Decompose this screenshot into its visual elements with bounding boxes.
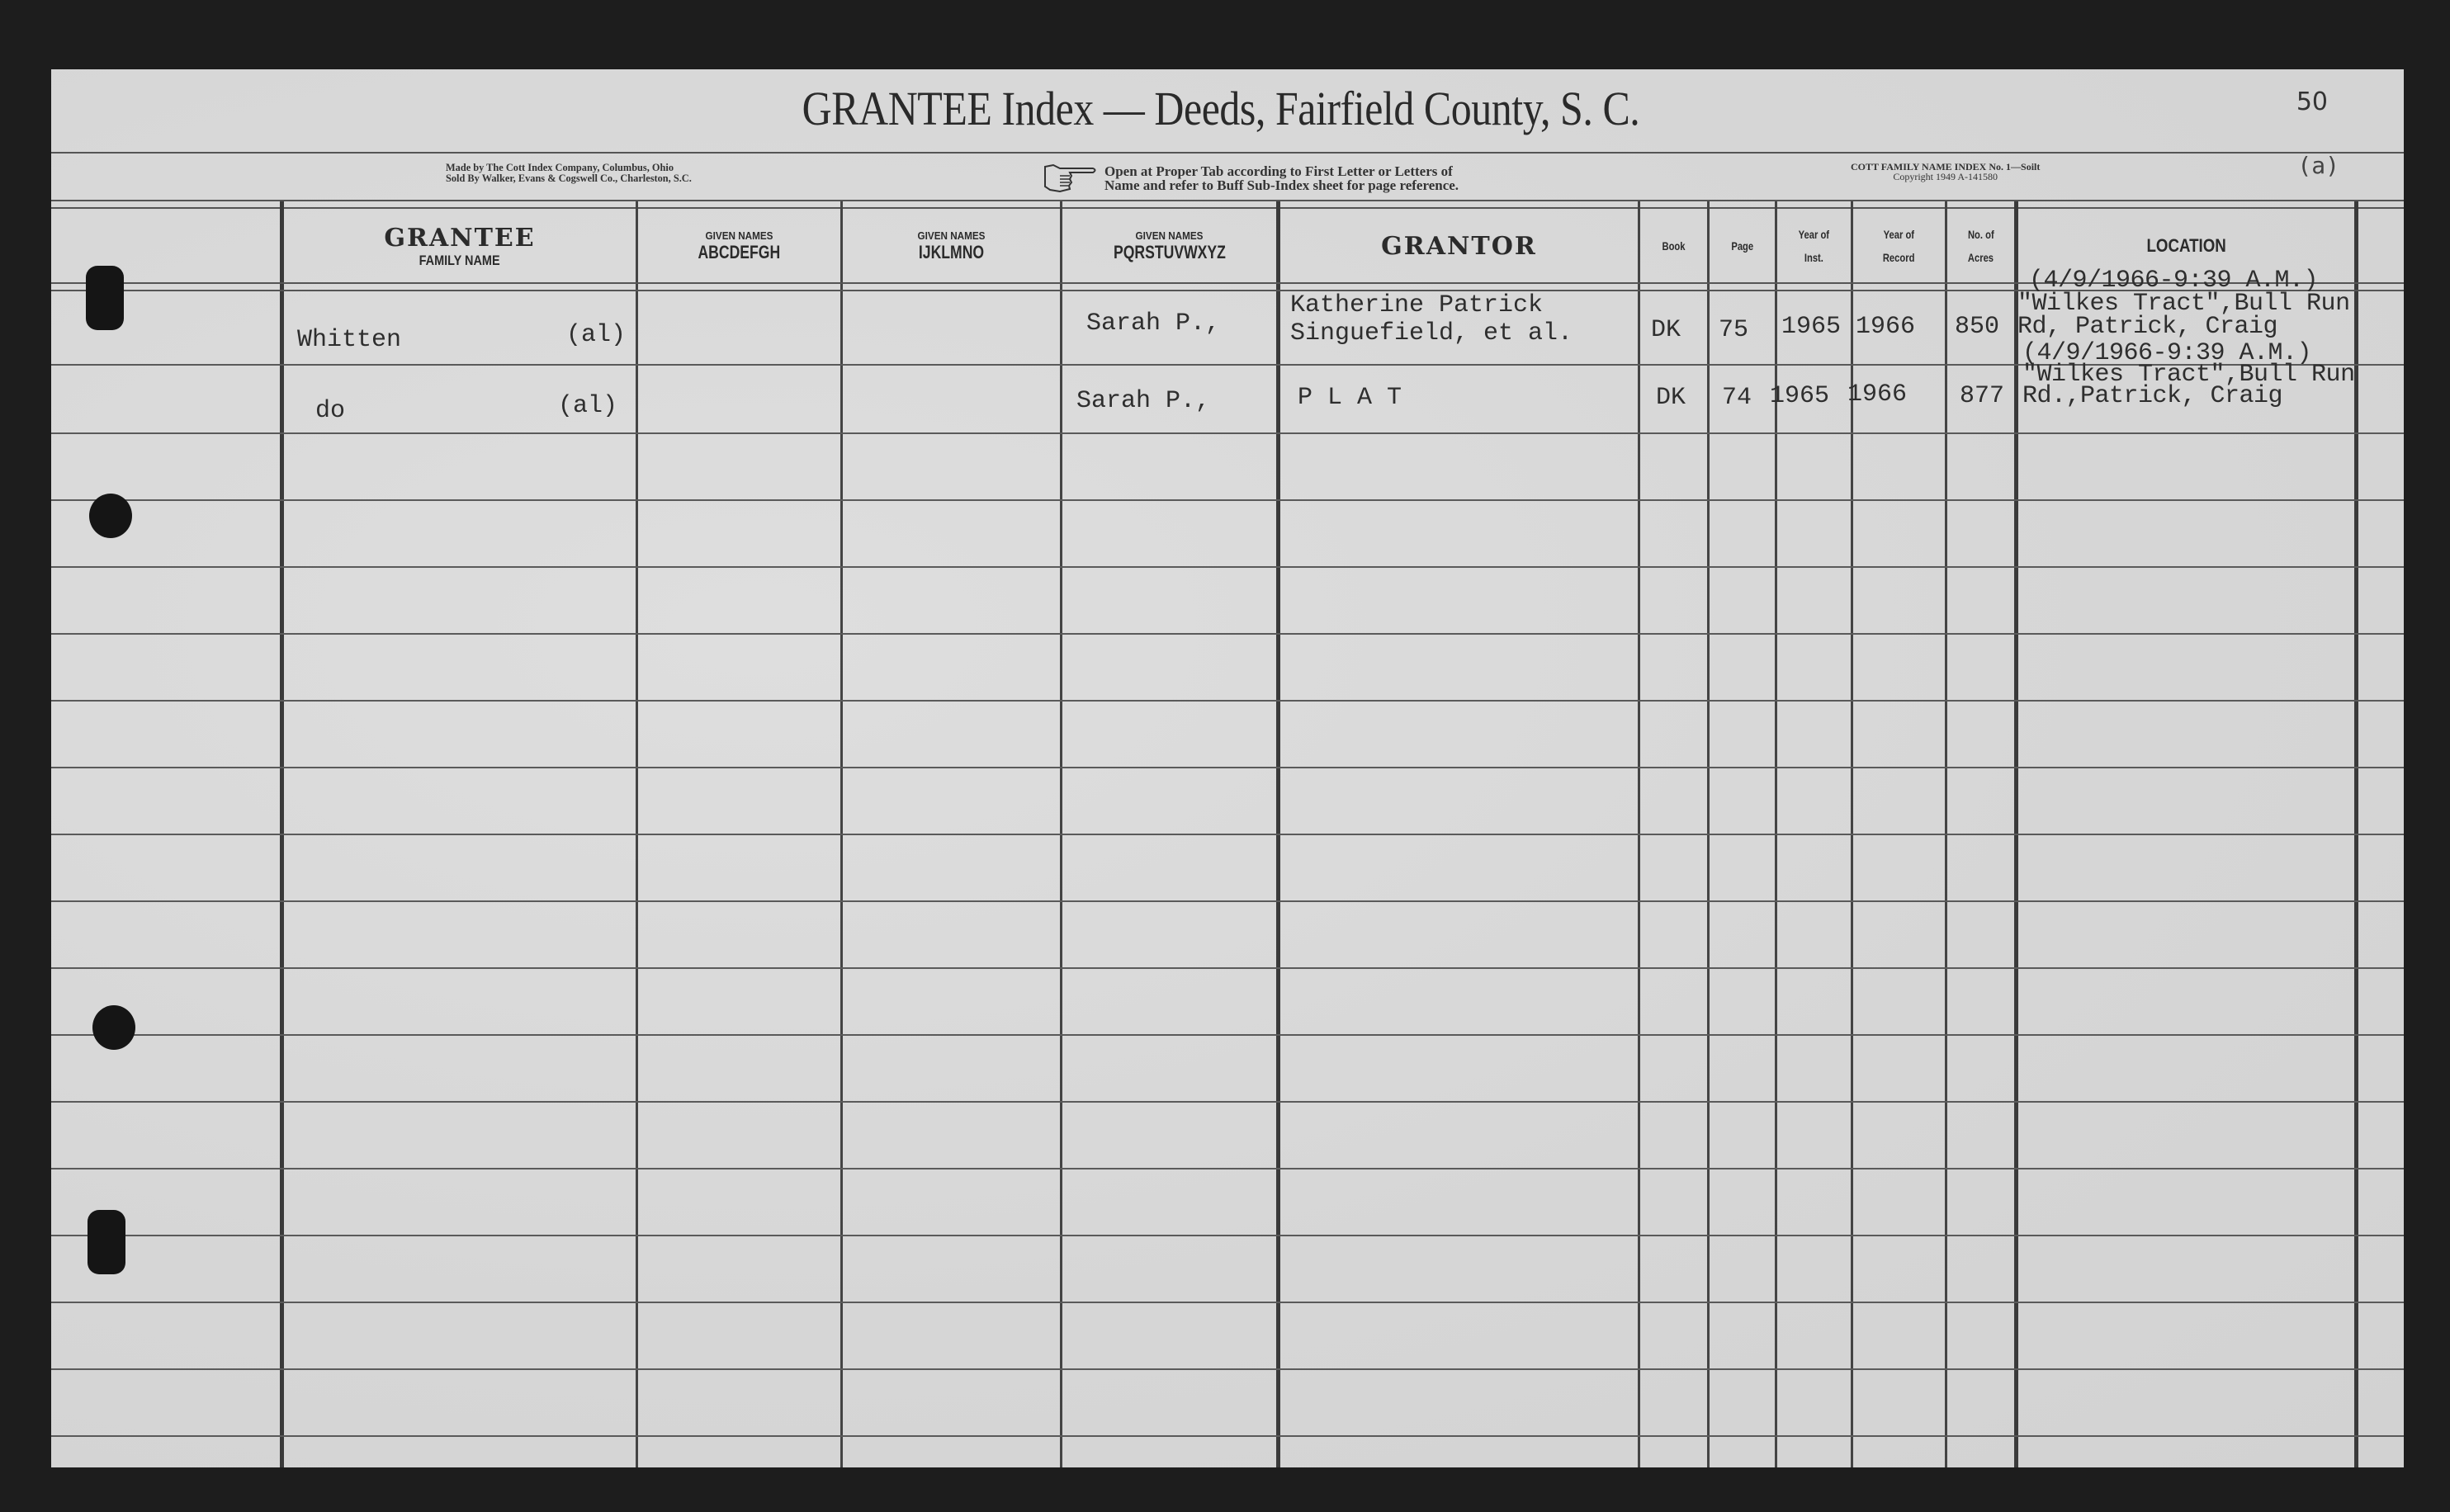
series-imprint: COTT FAMILY NAME INDEX No. 1—Soilt Copyr… — [1851, 162, 2040, 182]
row-rule — [51, 967, 2404, 969]
header-book: Book — [1640, 208, 1707, 284]
row-rule — [51, 566, 2404, 568]
family-name: Whitten — [297, 327, 401, 353]
binder-round-hole — [89, 494, 132, 538]
row-rule — [51, 767, 2404, 768]
header-year-of-inst: Year of Inst. — [1777, 208, 1851, 284]
binder-slot-hole — [86, 266, 124, 330]
location-line-1: (4/9/1966-9:39 A.M.) — [2029, 269, 2318, 292]
row-rule — [51, 432, 2404, 434]
grantor-line-1: Katherine Patrick — [1290, 292, 1543, 319]
year-of-inst: 1965 — [1770, 383, 1829, 409]
family-suffix: (al) — [558, 393, 617, 419]
index-card: GRANTEE Index — Deeds, Fairfield County,… — [51, 69, 2404, 1467]
header-given-names-p-z: GIVEN NAMES PQRSTUVWXYZ — [1062, 208, 1276, 284]
location-line-2: "Wilkes Tract",Bull Run — [2017, 292, 2350, 315]
page-title: GRANTEE Index — Deeds, Fairfield County,… — [210, 81, 2233, 136]
instruction-line-2: Name and refer to Buff Sub-Index sheet f… — [1104, 178, 1459, 192]
grantor-line-1: P L A T — [1298, 385, 1402, 411]
year-of-record: 1966 — [1847, 381, 1907, 408]
section-letter: (a) — [2297, 152, 2339, 179]
binder-round-hole — [92, 1005, 135, 1050]
page: 75 — [1719, 317, 1748, 343]
given-name: Sarah P., — [1076, 388, 1210, 414]
row-rule — [51, 1302, 2404, 1303]
copyright-line: Copyright 1949 A-141580 — [1851, 172, 2040, 182]
family-suffix: (al) — [566, 322, 626, 348]
year-of-record: 1966 — [1856, 314, 1915, 340]
acres: 850 — [1955, 314, 1999, 340]
row-rule — [51, 1235, 2404, 1236]
book: DK — [1651, 317, 1681, 343]
instruction-imprint: Open at Proper Tab according to First Le… — [1042, 162, 1459, 195]
page: 74 — [1722, 385, 1752, 411]
row-rule — [51, 1034, 2404, 1036]
header-year-of-record: Year of Record — [1853, 208, 1945, 284]
row-rule — [51, 1168, 2404, 1169]
given-name: Sarah P., — [1086, 310, 1220, 337]
row-rule — [51, 499, 2404, 501]
location-line-3: Rd, Patrick, Craig — [2017, 315, 2277, 338]
family-name: do — [315, 398, 345, 424]
book: DK — [1656, 385, 1686, 411]
header-page: Page — [1710, 208, 1775, 284]
maker-imprint: Made by The Cott Index Company, Columbus… — [446, 162, 817, 183]
header-grantor: GRANTOR — [1280, 208, 1638, 284]
maker-line-2: Sold By Walker, Evans & Cogswell Co., Ch… — [446, 172, 799, 183]
year-of-inst: 1965 — [1781, 314, 1841, 340]
title-rule — [51, 152, 2404, 154]
row-rule — [51, 834, 2404, 835]
grantor-line-2: Singuefield, et al. — [1290, 320, 1573, 347]
header-given-names-a-h: GIVEN NAMES ABCDEFGH — [638, 208, 840, 284]
pointing-hand-icon — [1042, 162, 1100, 195]
row-rule — [51, 633, 2404, 635]
header-grantee: GRANTEE FAMILY NAME — [284, 208, 636, 284]
header-given-names-i-o: GIVEN NAMES IJKLMNO — [843, 208, 1060, 284]
location-line-3: Rd.,Patrick, Craig — [2022, 385, 2282, 408]
row-rule — [51, 700, 2404, 702]
row-rule — [51, 900, 2404, 902]
page-number: 50 — [2296, 87, 2328, 116]
header-no-of-acres: No. of Acres — [1947, 208, 2014, 284]
instruction-line-1: Open at Proper Tab according to First Le… — [1104, 164, 1459, 178]
row-rule — [51, 1101, 2404, 1103]
binder-slot-hole — [87, 1210, 125, 1274]
row-rule — [51, 1368, 2404, 1370]
acres: 877 — [1960, 383, 2004, 409]
row-rule — [51, 1435, 2404, 1437]
